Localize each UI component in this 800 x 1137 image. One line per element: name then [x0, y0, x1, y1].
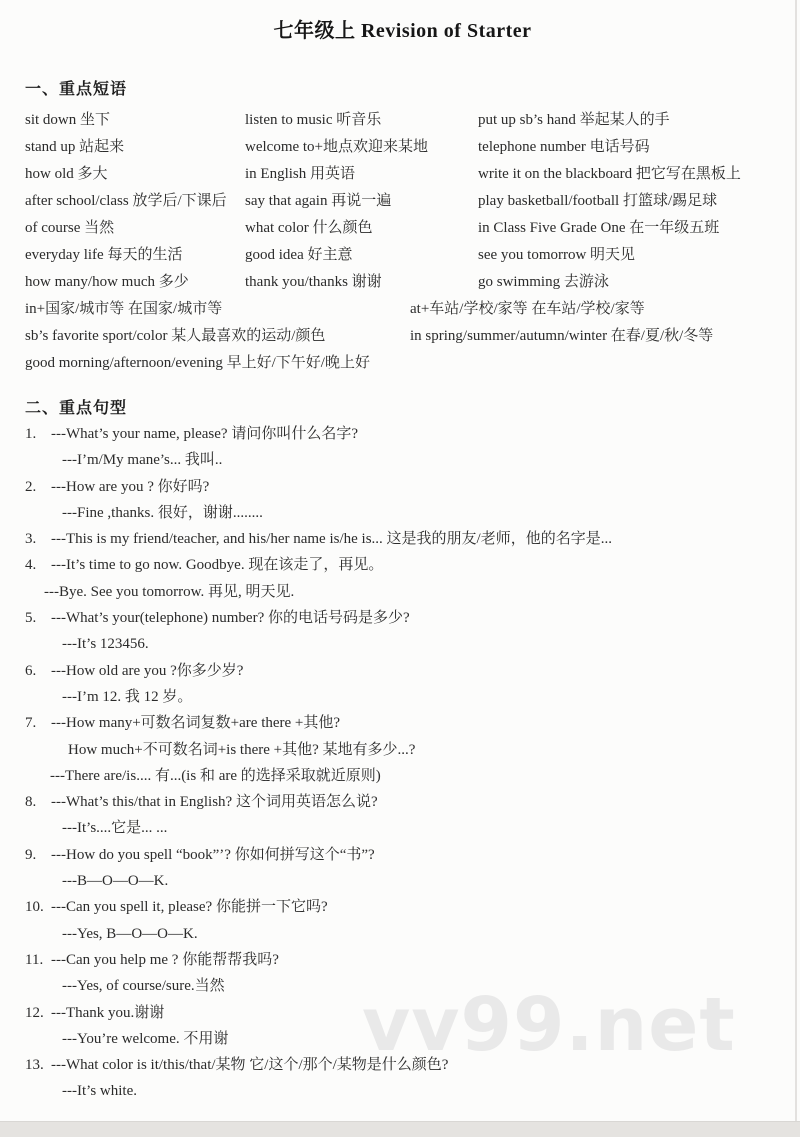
phrase-cell: in+国家/城市等 在国家/城市等 [25, 297, 222, 318]
sentence-item: 4.---It’s time to go now. Goodbye. 现在该走了… [25, 552, 780, 605]
sentence-item: 10.---Can you spell it, please? 你能拼一下它吗?… [25, 894, 780, 947]
item-number: 13. [25, 1052, 51, 1078]
sentence-reply: ---I’m/My mane’s... 我叫.. [25, 447, 780, 473]
sentence-question: 11.---Can you help me ? 你能帮帮我吗? [25, 947, 780, 973]
sentence-text: ---What’s this/that in English? 这个词用英语怎么… [51, 794, 378, 810]
sentence-text: ---This is my friend/teacher, and his/he… [51, 531, 612, 547]
item-number: 5. [25, 605, 51, 631]
item-number: 6. [25, 658, 51, 684]
phrase-row: sit down 坐下 listen to music 听音乐 put up s… [25, 108, 780, 135]
phrase-row: in+国家/城市等 在国家/城市等 at+车站/学校/家等 在车站/学校/家等 [25, 297, 780, 324]
phrase-cell: telephone number 电话号码 [478, 135, 650, 156]
sentence-question: 13.---What color is it/this/that/某物 它/这个… [25, 1052, 780, 1078]
sentence-item: 1.---What’s your name, please? 请问你叫什么名字?… [25, 421, 780, 474]
item-number: 8. [25, 789, 51, 815]
sentence-reply: ---Yes, B—O—O—K. [25, 921, 780, 947]
sentence-item: 6.---How old are you ?你多少岁? ---I’m 12. 我… [25, 658, 780, 711]
sentence-text: ---Can you spell it, please? 你能拼一下它吗? [51, 899, 328, 915]
item-number: 1. [25, 421, 51, 447]
phrase-cell: in spring/summer/autumn/winter 在春/夏/秋/冬等 [410, 324, 713, 345]
sentence-question: 8.---What’s this/that in English? 这个词用英语… [25, 789, 780, 815]
phrase-cell: good idea 好主意 [245, 243, 352, 264]
phrase-row: after school/class 放学后/下课后 say that agai… [25, 189, 780, 216]
phrase-cell: put up sb’s hand 举起某人的手 [478, 108, 670, 129]
phrase-cell: listen to music 听音乐 [245, 108, 381, 129]
sentence-question: 12.---Thank you.谢谢 [25, 1000, 780, 1026]
sentence-text: ---How many+可数名词复数+are there +其他? [51, 715, 340, 731]
sentence-question: 6.---How old are you ?你多少岁? [25, 658, 780, 684]
phrase-cell: how many/how much 多少 [25, 270, 189, 291]
sentence-item: 3.---This is my friend/teacher, and his/… [25, 526, 780, 552]
sentence-item: 7.---How many+可数名词复数+are there +其他? How … [25, 710, 780, 789]
sentence-question: 10.---Can you spell it, please? 你能拼一下它吗? [25, 894, 780, 920]
sentence-question: 3.---This is my friend/teacher, and his/… [25, 526, 780, 552]
phrase-cell: what color 什么颜色 [245, 216, 372, 237]
sentence-question: 4.---It’s time to go now. Goodbye. 现在该走了… [25, 552, 780, 578]
phrase-cell: welcome to+地点欢迎来某地 [245, 135, 428, 156]
sentence-text: ---What color is it/this/that/某物 它/这个/那个… [51, 1057, 448, 1073]
sentence-text: ---How are you ? 你好吗? [51, 479, 209, 495]
document-page: 七年级上 Revision of Starter 一、重点短语 sit down… [0, 0, 800, 1105]
phrase-cell: at+车站/学校/家等 在车站/学校/家等 [410, 297, 645, 318]
sentence-text: ---Thank you.谢谢 [51, 1005, 164, 1021]
sentence-item: 12.---Thank you.谢谢 ---You’re welcome. 不用… [25, 1000, 780, 1053]
phrase-cell: everyday life 每天的生活 [25, 243, 182, 264]
phrase-cell: how old 多大 [25, 162, 108, 183]
sentence-reply: ---Yes, of course/sure.当然 [25, 973, 780, 999]
sentence-item: 8.---What’s this/that in English? 这个词用英语… [25, 789, 780, 842]
sentence-item: 13.---What color is it/this/that/某物 它/这个… [25, 1052, 780, 1105]
item-number: 4. [25, 552, 51, 578]
sentence-reply: ---Bye. See you tomorrow. 再见, 明天见. [25, 579, 780, 605]
phrase-cell: in Class Five Grade One 在一年级五班 [478, 216, 719, 237]
sentence-question: 1.---What’s your name, please? 请问你叫什么名字? [25, 421, 780, 447]
phrase-row: of course 当然 what color 什么颜色 in Class Fi… [25, 216, 780, 243]
sentence-text: ---How do you spell “book”’? 你如何拼写这个“书”? [51, 847, 375, 863]
sentence-text: ---What’s your name, please? 请问你叫什么名字? [51, 426, 358, 442]
sentence-item: 11.---Can you help me ? 你能帮帮我吗? ---Yes, … [25, 947, 780, 1000]
sentence-question: 9.---How do you spell “book”’? 你如何拼写这个“书… [25, 842, 780, 868]
item-number: 7. [25, 710, 51, 736]
sentence-text: ---What’s your(telephone) number? 你的电话号码… [51, 610, 410, 626]
item-number: 9. [25, 842, 51, 868]
sentence-text: ---Can you help me ? 你能帮帮我吗? [51, 952, 279, 968]
sentence-item: 2.---How are you ? 你好吗? ---Fine ,thanks.… [25, 474, 780, 527]
sentence-reply: ---I’m 12. 我 12 岁。 [25, 684, 780, 710]
sentence-reply: ---There are/is.... 有...(is 和 are 的选择采取就… [25, 763, 780, 789]
section-heading-phrases: 一、重点短语 [25, 76, 780, 99]
phrase-cell: thank you/thanks 谢谢 [245, 270, 382, 291]
sentence-item: 5.---What’s your(telephone) number? 你的电话… [25, 605, 780, 658]
phrase-cell: sit down 坐下 [25, 108, 110, 129]
phrase-row: how old 多大 in English 用英语 write it on th… [25, 162, 780, 189]
phrase-cell: good morning/afternoon/evening 早上好/下午好/晚… [25, 351, 370, 372]
sentence-reply: ---Fine ,thanks. 很好，谢谢........ [25, 500, 780, 526]
phrase-row: how many/how much 多少 thank you/thanks 谢谢… [25, 270, 780, 297]
sentence-variant: How much+不可数名词+is there +其他? 某地有多少...? [25, 737, 780, 763]
phrase-row: everyday life 每天的生活 good idea 好主意 see yo… [25, 243, 780, 270]
sentence-text: ---How old are you ?你多少岁? [51, 663, 243, 679]
phrase-row: sb’s favorite sport/color 某人最喜欢的运动/颜色 in… [25, 324, 780, 351]
scan-page-edge [795, 0, 797, 1137]
phrase-table: sit down 坐下 listen to music 听音乐 put up s… [25, 108, 780, 378]
phrase-cell: after school/class 放学后/下课后 [25, 189, 227, 210]
sentence-item: 9.---How do you spell “book”’? 你如何拼写这个“书… [25, 842, 780, 895]
sentence-text: ---It’s time to go now. Goodbye. 现在该走了，再… [51, 557, 383, 573]
scan-bottom-strip [0, 1121, 800, 1137]
sentence-question: 2.---How are you ? 你好吗? [25, 474, 780, 500]
item-number: 12. [25, 1000, 51, 1026]
item-number: 10. [25, 894, 51, 920]
item-number: 3. [25, 526, 51, 552]
sentence-reply: ---B—O—O—K. [25, 868, 780, 894]
phrase-cell: say that again 再说一遍 [245, 189, 391, 210]
phrase-cell: of course 当然 [25, 216, 114, 237]
phrase-row: stand up 站起来 welcome to+地点欢迎来某地 telephon… [25, 135, 780, 162]
phrase-cell: see you tomorrow 明天见 [478, 243, 635, 264]
sentence-reply: ---It’s....它是... ... [25, 815, 780, 841]
item-number: 11. [25, 947, 51, 973]
phrase-cell: go swimming 去游泳 [478, 270, 609, 291]
phrase-cell: write it on the blackboard 把它写在黑板上 [478, 162, 741, 183]
phrase-cell: in English 用英语 [245, 162, 355, 183]
phrase-cell: stand up 站起来 [25, 135, 124, 156]
section-heading-sentences: 二、重点句型 [25, 395, 780, 418]
phrase-row: good morning/afternoon/evening 早上好/下午好/晚… [25, 351, 780, 378]
sentence-reply: ---It’s 123456. [25, 631, 780, 657]
phrase-cell: sb’s favorite sport/color 某人最喜欢的运动/颜色 [25, 324, 325, 345]
item-number: 2. [25, 474, 51, 500]
page-title: 七年级上 Revision of Starter [25, 14, 780, 43]
sentence-list: 1.---What’s your name, please? 请问你叫什么名字?… [25, 421, 780, 1105]
sentence-reply: ---It’s white. [25, 1078, 780, 1104]
phrase-cell: play basketball/football 打篮球/踢足球 [478, 189, 717, 210]
sentence-question: 7.---How many+可数名词复数+are there +其他? [25, 710, 780, 736]
sentence-reply: ---You’re welcome. 不用谢 [25, 1026, 780, 1052]
sentence-question: 5.---What’s your(telephone) number? 你的电话… [25, 605, 780, 631]
